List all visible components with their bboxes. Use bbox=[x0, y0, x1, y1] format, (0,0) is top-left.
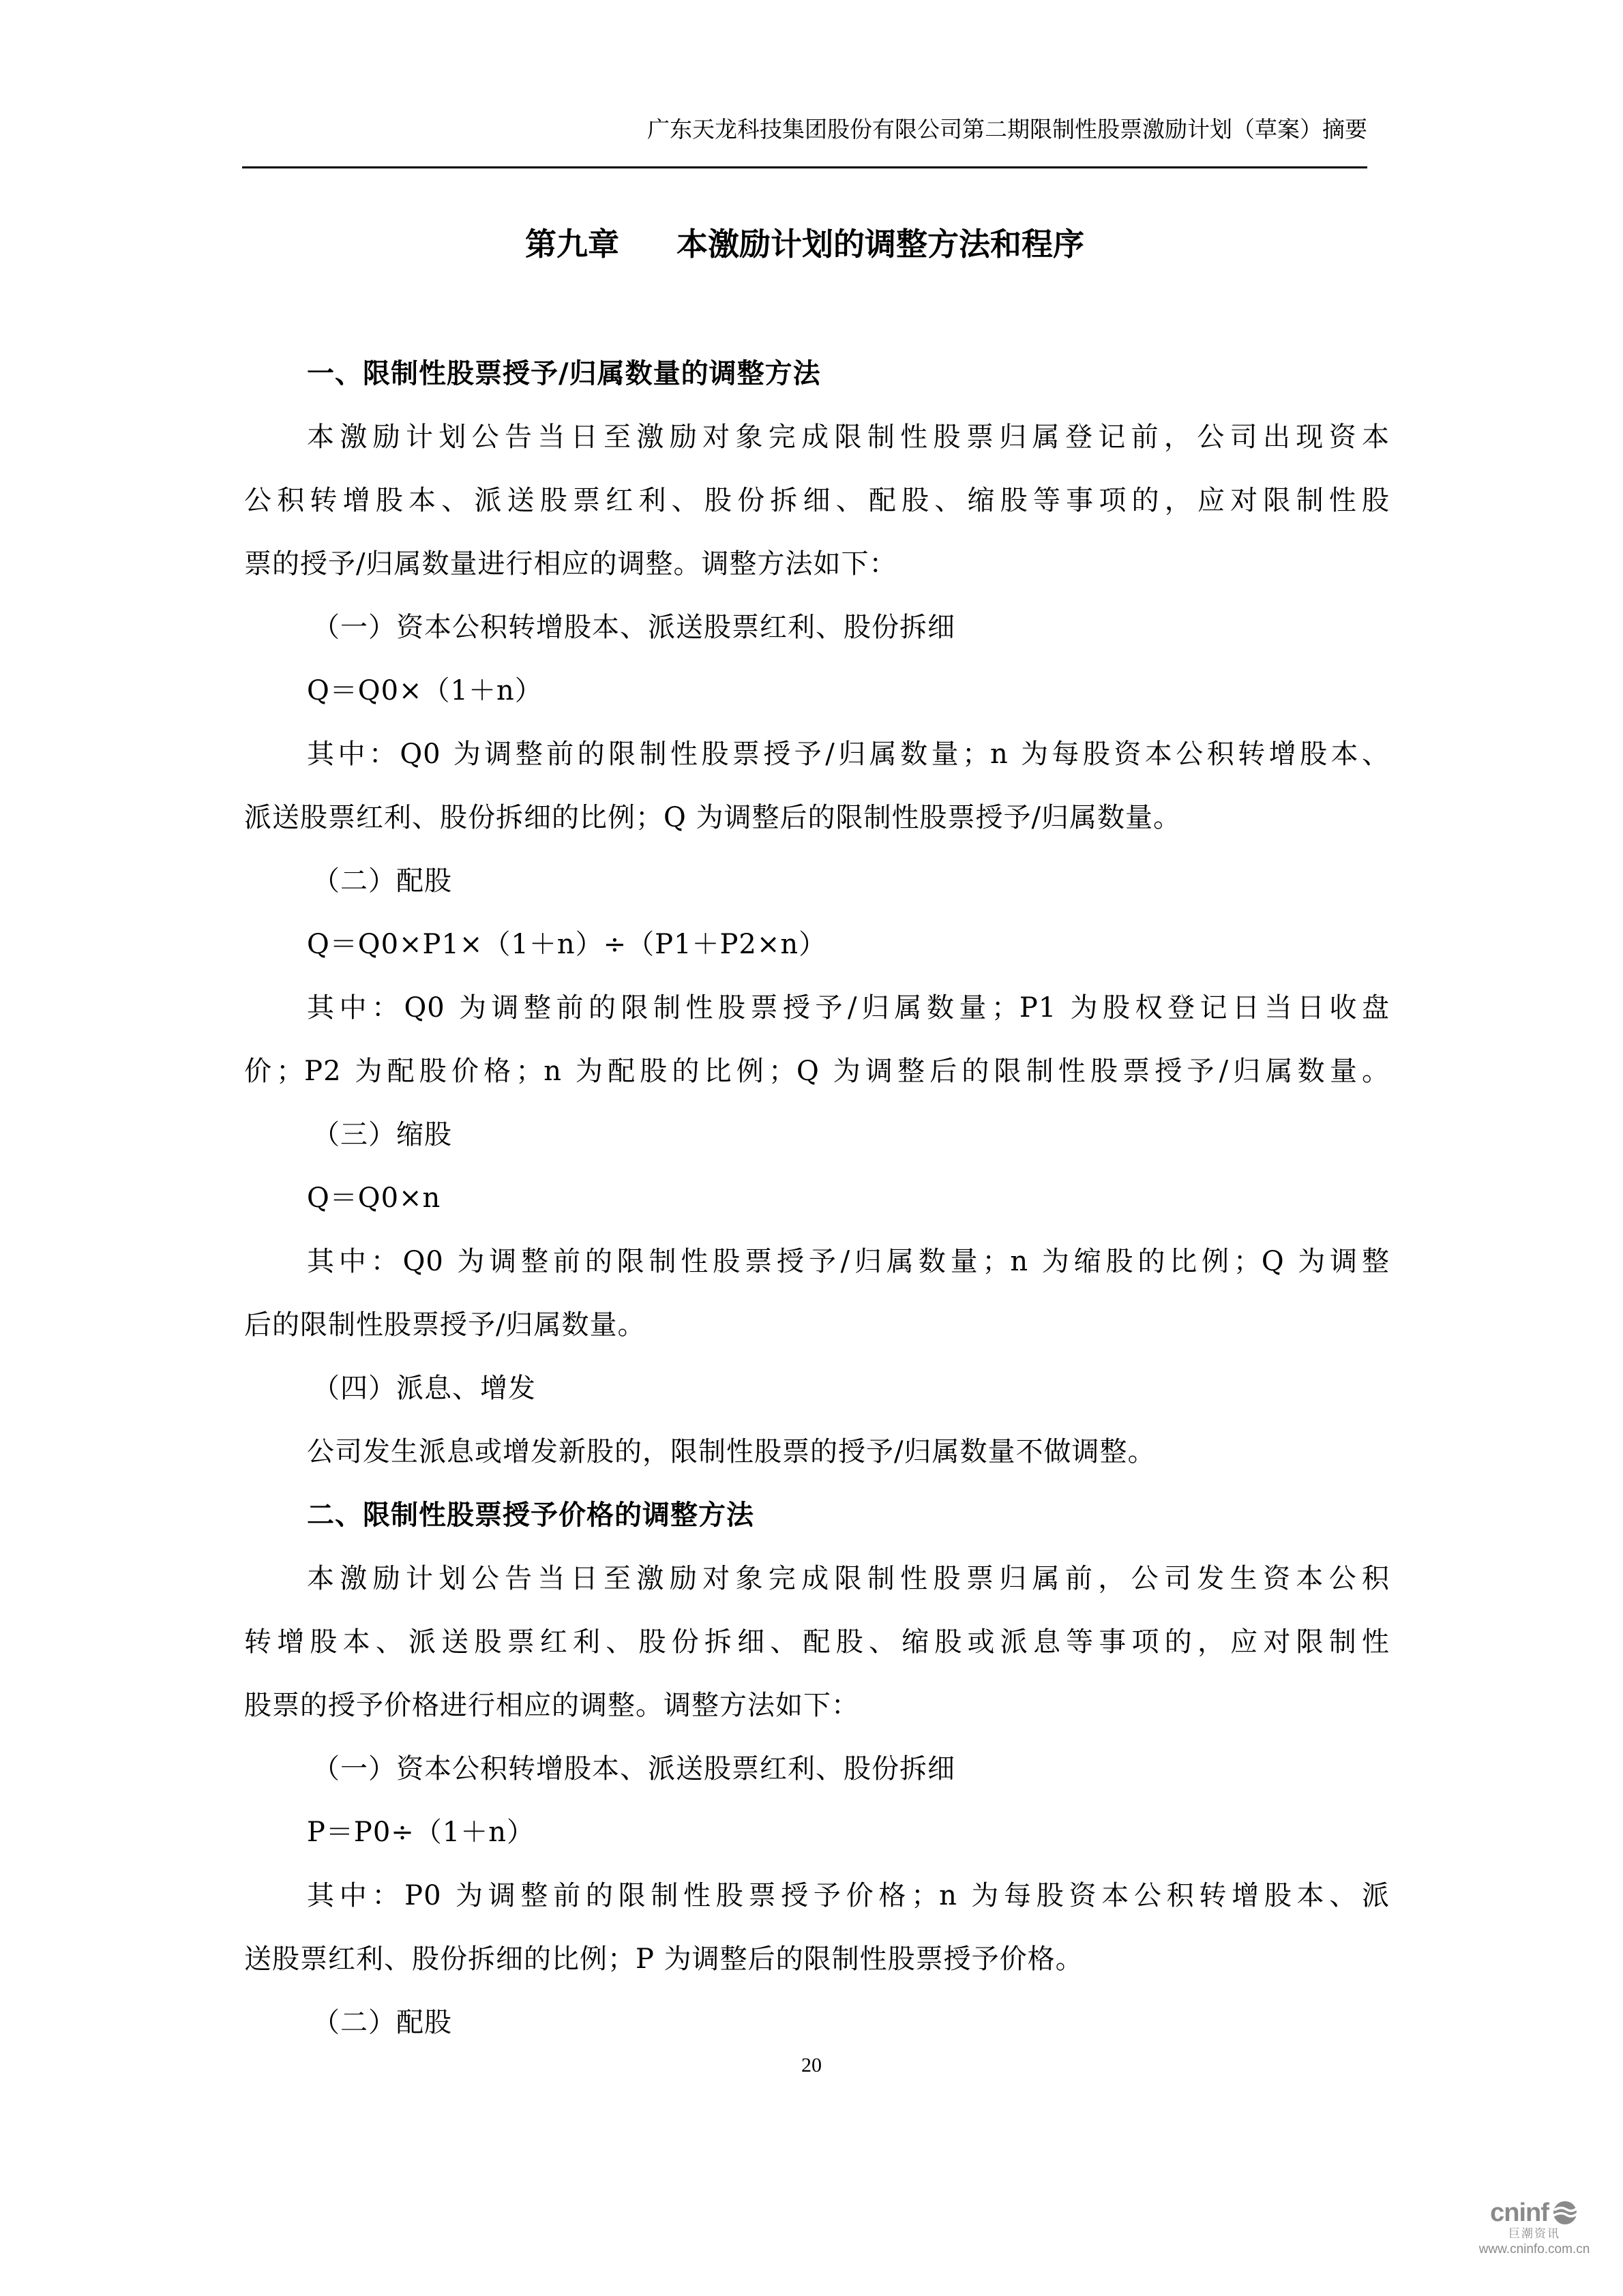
formula: Q＝Q0×（1＋n） bbox=[244, 659, 1390, 723]
subsection-heading: （三）缩股 bbox=[244, 1103, 1390, 1167]
paragraph-line: 价；P2 为配股价格；n 为配股的比例；Q 为调整后的限制性股票授予/归属数量。 bbox=[244, 1040, 1390, 1103]
formula: Q＝Q0×P1×（1＋n）÷（P1＋P2×n） bbox=[244, 913, 1390, 976]
section-heading: 二、限制性股票授予价格的调整方法 bbox=[244, 1484, 1390, 1547]
chapter-title: 第九章本激励计划的调整方法和程序 bbox=[242, 217, 1367, 271]
formula: P＝P0÷（1＋n） bbox=[244, 1801, 1390, 1864]
paragraph-line: 票的授予/归属数量进行相应的调整。调整方法如下： bbox=[244, 533, 1390, 596]
paragraph-line: 其中：Q0 为调整前的限制性股票授予/归属数量；n 为缩股的比例；Q 为调整 bbox=[244, 1230, 1390, 1294]
document-body: 一、限制性股票授予/归属数量的调整方法 本激励计划公告当日至激励对象完成限制性股… bbox=[244, 342, 1390, 2055]
subsection-heading: （二）配股 bbox=[244, 1991, 1390, 2055]
subsection-heading: （二）配股 bbox=[244, 850, 1390, 913]
watermark-cn-name: 巨潮资讯 bbox=[1459, 2226, 1609, 2241]
cninfo-watermark: cninf 巨潮资讯 www.cninfo.com.cn bbox=[1459, 2199, 1609, 2258]
paragraph-line: 送股票红利、股份拆细的比例；P 为调整后的限制性股票授予价格。 bbox=[244, 1928, 1390, 1991]
chapter-number: 第九章 bbox=[525, 226, 619, 263]
paragraph-line: 派送股票红利、股份拆细的比例；Q 为调整后的限制性股票授予/归属数量。 bbox=[244, 786, 1390, 850]
paragraph-line: 转增股本、派送股票红利、股份拆细、配股、缩股或派息等事项的，应对限制性 bbox=[244, 1611, 1390, 1674]
subsection-heading: （一）资本公积转增股本、派送股票红利、股份拆细 bbox=[244, 596, 1390, 659]
paragraph-line: 其中：Q0 为调整前的限制性股票授予/归属数量；P1 为股权登记日当日收盘 bbox=[244, 976, 1390, 1040]
formula: Q＝Q0×n bbox=[244, 1167, 1390, 1230]
paragraph-line: 后的限制性股票授予/归属数量。 bbox=[244, 1294, 1390, 1357]
subsection-heading: （一）资本公积转增股本、派送股票红利、股份拆细 bbox=[244, 1738, 1390, 1801]
watermark-logo-text: cninf bbox=[1490, 2199, 1549, 2226]
cninfo-swirl-icon bbox=[1551, 2199, 1579, 2226]
paragraph-line: 本激励计划公告当日至激励对象完成限制性股票归属前，公司发生资本公积 bbox=[244, 1547, 1390, 1611]
paragraph-line: 公司发生派息或增发新股的，限制性股票的授予/归属数量不做调整。 bbox=[244, 1420, 1390, 1484]
section-heading: 一、限制性股票授予/归属数量的调整方法 bbox=[244, 342, 1390, 406]
header-divider bbox=[242, 166, 1367, 168]
page-number: 20 bbox=[743, 2054, 880, 2077]
running-header: 广东天龙科技集团股份有限公司第二期限制性股票激励计划（草案）摘要 bbox=[242, 109, 1367, 150]
paragraph-line: 股票的授予价格进行相应的调整。调整方法如下： bbox=[244, 1674, 1390, 1738]
paragraph-line: 公积转增股本、派送股票红利、股份拆细、配股、缩股等事项的，应对限制性股 bbox=[244, 469, 1390, 533]
watermark-logo: cninf bbox=[1459, 2199, 1609, 2226]
chapter-heading: 本激励计划的调整方法和程序 bbox=[676, 226, 1084, 263]
paragraph-line: 本激励计划公告当日至激励对象完成限制性股票归属登记前，公司出现资本 bbox=[244, 406, 1390, 469]
subsection-heading: （四）派息、增发 bbox=[244, 1357, 1390, 1420]
watermark-url: www.cninfo.com.cn bbox=[1459, 2241, 1609, 2258]
paragraph-line: 其中：P0 为调整前的限制性股票授予价格；n 为每股资本公积转增股本、派 bbox=[244, 1864, 1390, 1928]
paragraph-line: 其中：Q0 为调整前的限制性股票授予/归属数量；n 为每股资本公积转增股本、 bbox=[244, 723, 1390, 786]
